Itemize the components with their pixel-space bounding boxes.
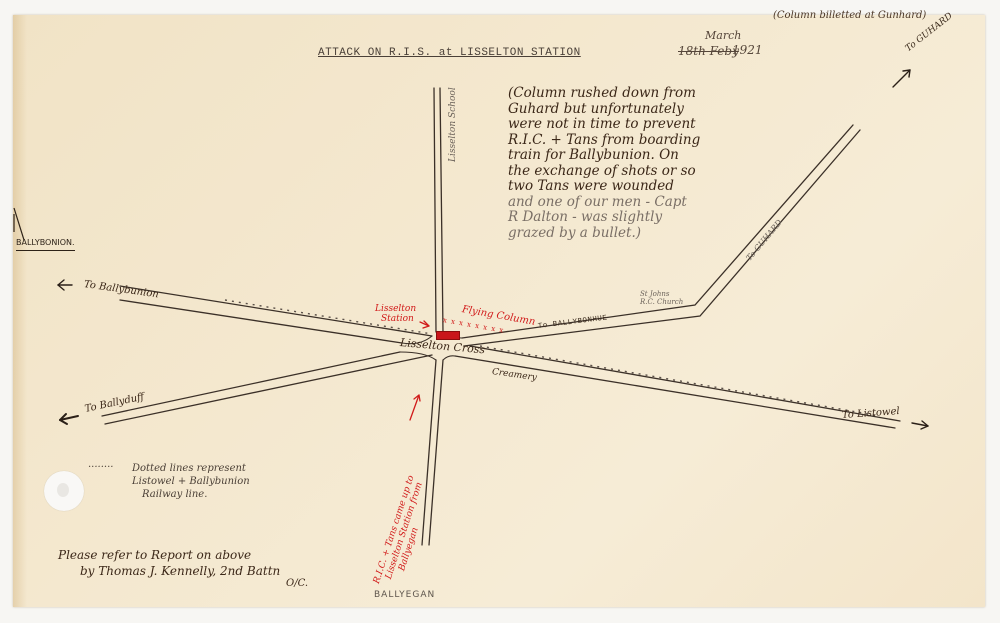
legend-symbol: ........	[88, 458, 113, 471]
note-line: train for Ballybunion. On	[508, 148, 778, 164]
date-month: March	[705, 29, 741, 42]
note-line: Guhard but unfortunately	[508, 102, 778, 118]
billeted-note: (Column billetted at Gunhard)	[773, 10, 926, 21]
road-ballyduff-south-edge	[105, 355, 432, 424]
signature-note: Please refer to Report on above by Thoma…	[58, 547, 308, 589]
road-north-east-edge	[440, 88, 443, 332]
note-line: and one of our men - Capt	[508, 195, 778, 211]
lisselton-station-label: Lisselton Station	[375, 304, 416, 324]
st-johns-church-label: St Johns R.C. Church	[640, 290, 683, 306]
date-year: 1921	[732, 43, 763, 57]
note-line: the exchange of shots or so	[508, 164, 778, 180]
note-line: (Column rushed down from	[508, 86, 778, 102]
road-ballyduff-north-edge	[102, 352, 400, 416]
lisselton-school-label: Lisselton School	[448, 87, 458, 162]
road-listowel-north-edge	[470, 346, 900, 421]
document-title: ATTACK ON R.I.S. at LISSELTON STATION	[318, 47, 581, 59]
punch-hole	[44, 471, 84, 511]
ballyegan-label: BALLYEGAN	[374, 590, 435, 600]
ballybunion-label: BALLYBONION.	[16, 238, 75, 251]
map-legend: ........ Dotted lines represent Listowel…	[100, 462, 250, 501]
note-line: grazed by a bullet.)	[508, 226, 778, 242]
road-north-west-edge	[434, 88, 436, 332]
legend-line: Railway line.	[100, 488, 250, 501]
note-line: were not in time to prevent	[508, 117, 778, 133]
note-line: two Tans were wounded	[508, 179, 778, 195]
road-listowel-south-edge	[455, 356, 895, 428]
railway-east	[480, 346, 880, 416]
note-line: R Dalton - was slightly	[508, 210, 778, 226]
legend-line: Dotted lines represent	[100, 462, 250, 475]
road-south-east-edge	[429, 360, 443, 545]
date-struck: 18th Feby	[678, 44, 739, 58]
legend-line: Listowel + Ballybunion	[100, 475, 250, 488]
lisselton-station-marker	[436, 331, 460, 340]
note-line: R.I.C. + Tans from boarding	[508, 133, 778, 149]
handwritten-note: (Column rushed down from Guhard but unfo…	[508, 86, 778, 241]
